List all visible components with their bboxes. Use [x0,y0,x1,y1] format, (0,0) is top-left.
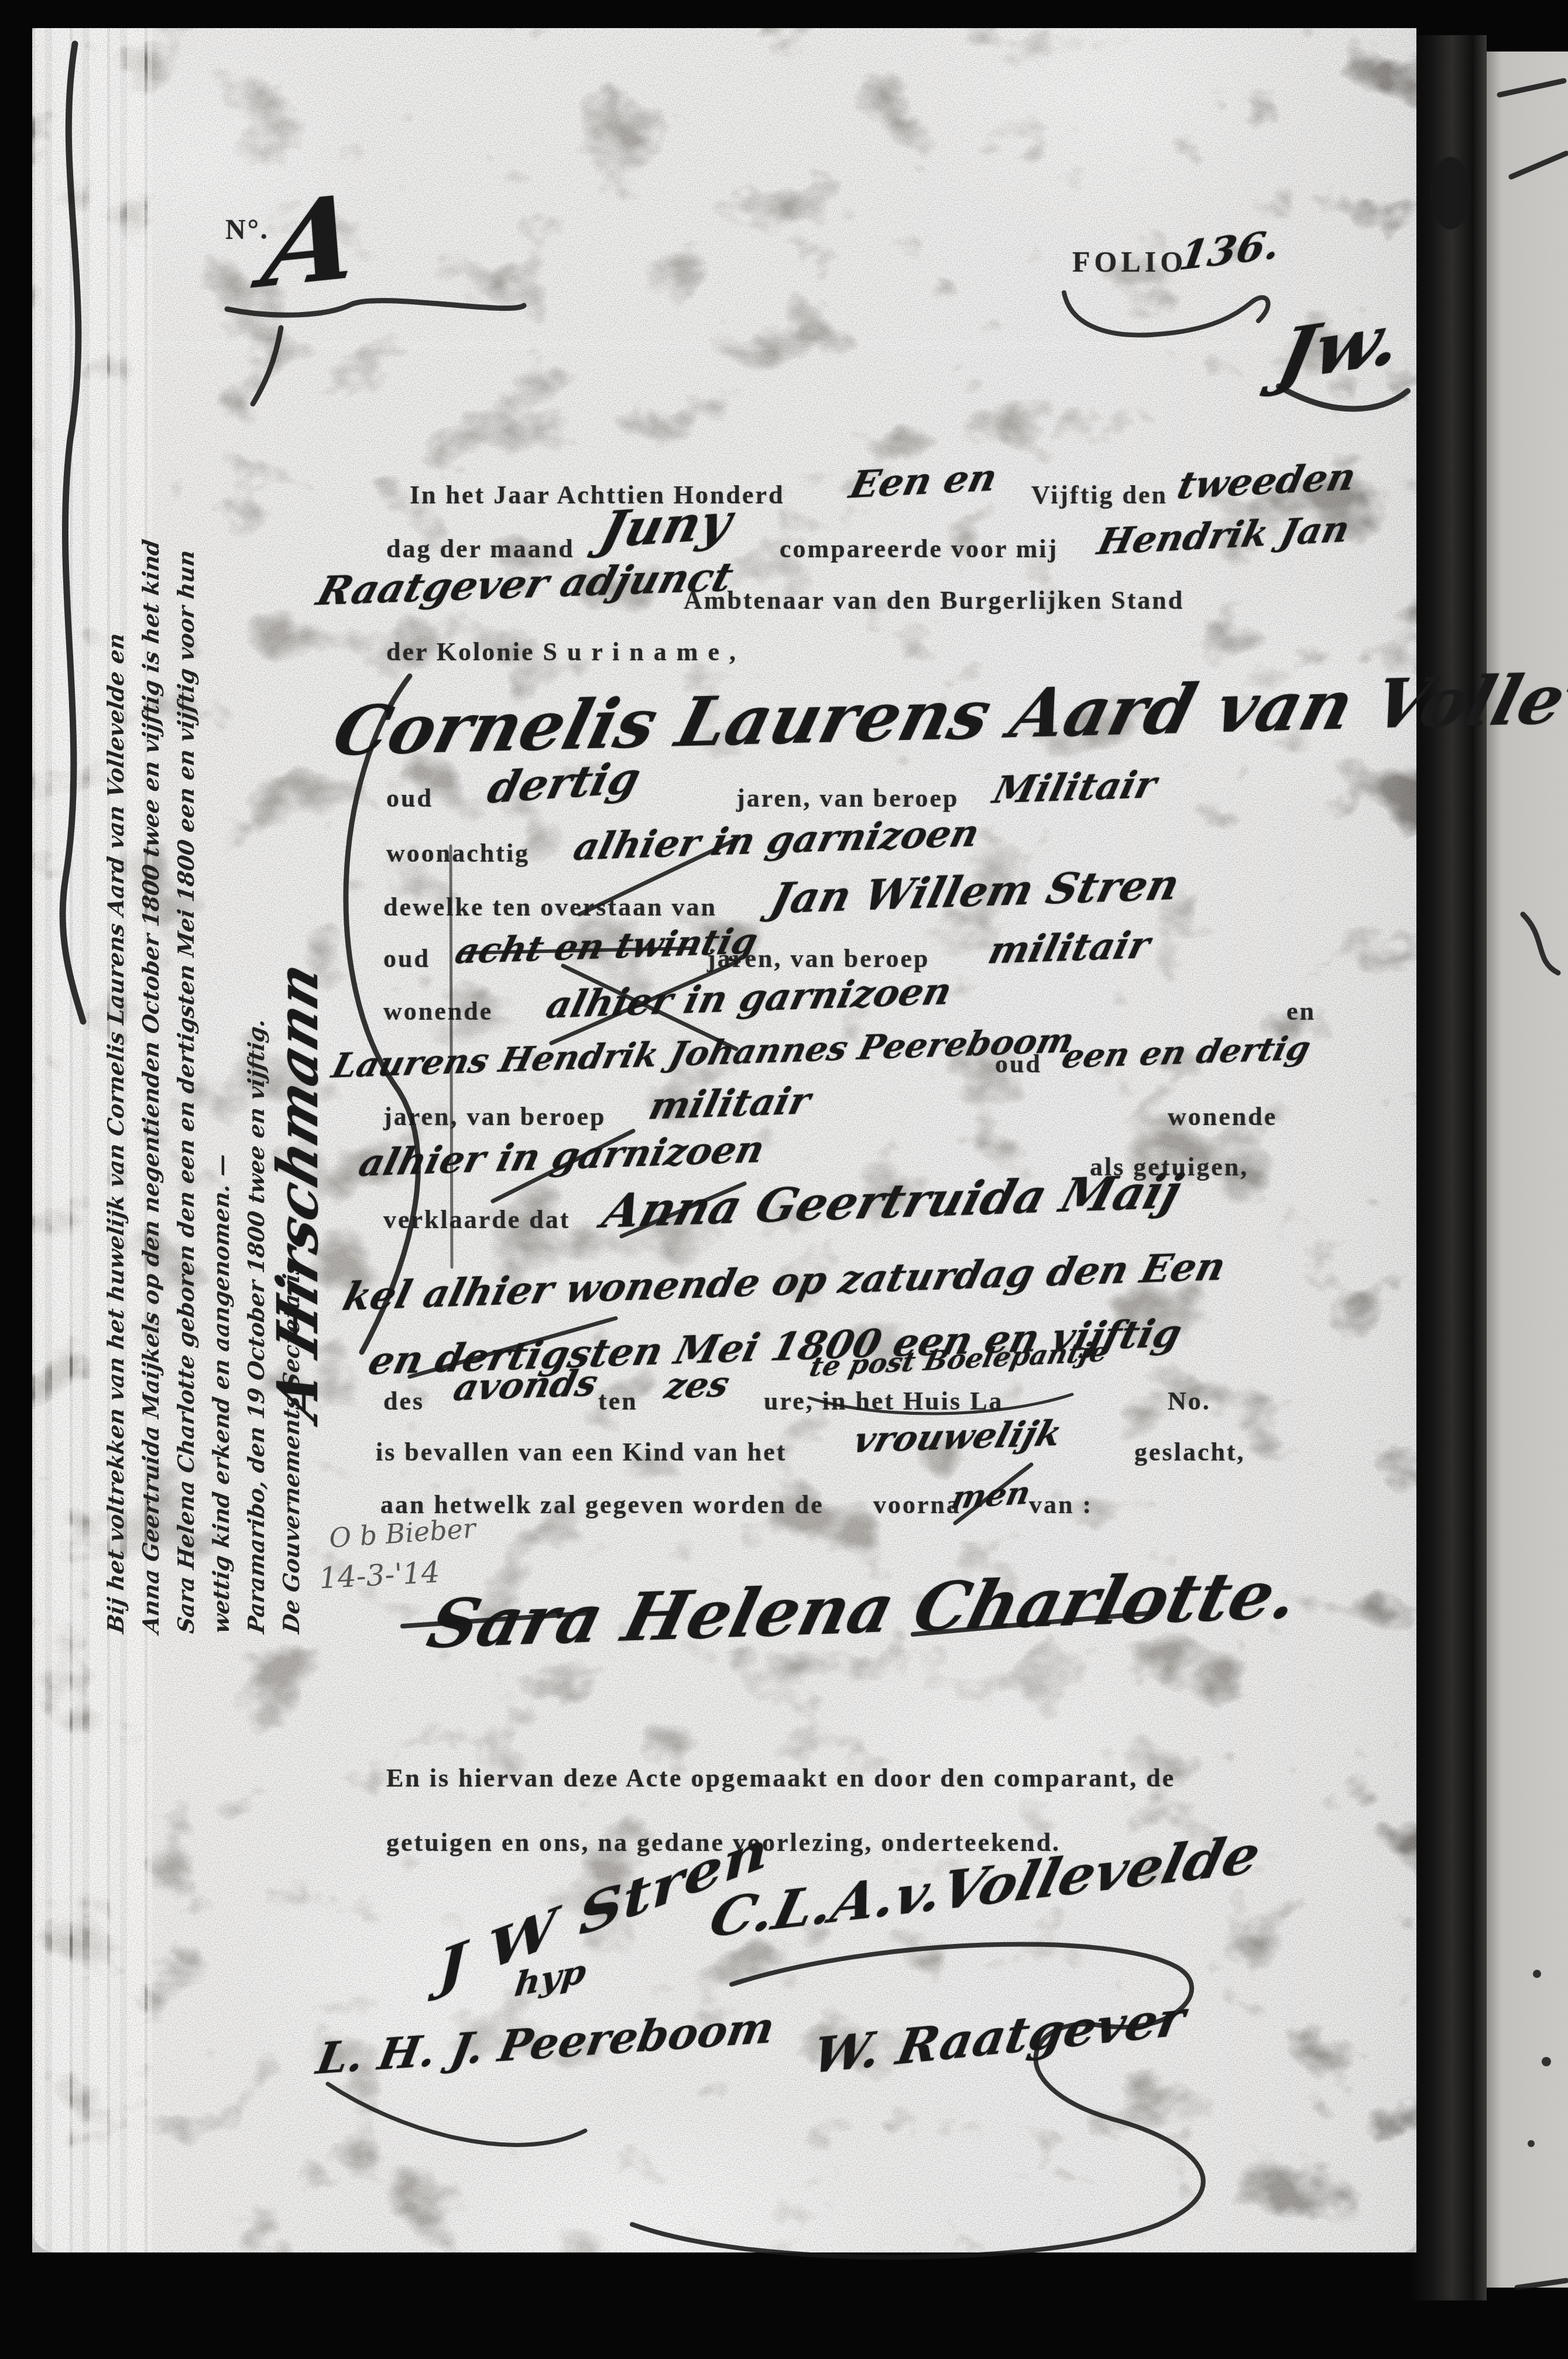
act-line10-printed: wonende [383,996,493,1026]
act-line2-printed2: compareerde voor mij [780,534,1058,564]
adjacent-page [1487,52,1568,2288]
act-line1-printed2: Vijftig den [1031,480,1168,510]
pencil-date-annotation: 14-3-'14 [318,1555,441,1596]
photographed-register-spread: N°. A FOLIO 136. Jw. Bij het voltrekken … [0,0,1568,2359]
act-line18-printed: is bevallen van een Kind van het [376,1437,787,1467]
act-line17-printed: des [383,1386,424,1416]
act-line9-printed: oud [383,944,430,973]
margin-signature: A Hirschmann [265,644,331,1417]
margin-note-line: Bij het voltrekken van het huwelijk van … [98,191,133,1635]
act-line7-printed: woonachtig [386,838,530,868]
act-line1-year-fill: Een en [846,456,1001,508]
act-line3-printed: Ambtenaar van den Burgerlijken Stand [684,585,1184,615]
book-gutter [1409,35,1487,2300]
witness2-profession-fill: militair [644,1079,815,1128]
act-line17-printed2: ten [598,1386,638,1416]
margin-note-line: Sara Helena Charlotte geboren den een en… [169,191,204,1635]
act-line19-printed3: van : [1029,1490,1093,1520]
margin-note-line: Anna Geertruida Maijkels op den negentie… [133,191,169,1635]
act-line6-printed2: jaren, van beroep [736,783,959,813]
gender-fill: vrouwelijk [849,1413,1067,1461]
witness1-profession-fill: militair [984,923,1154,972]
act-line2-month-fill: Juny [594,492,738,560]
act-line12-printed2: wonende [1168,1102,1277,1132]
daypart-fill: avonds [450,1362,603,1409]
act-line11-printed: oud [995,1049,1042,1079]
act-line19-correction: men [948,1474,1034,1517]
act-line12-printed: jaren, van beroep [383,1102,606,1132]
folio-label: FOLIO [1072,245,1187,279]
act-line8-printed: dewelke ten overstaan van [383,892,717,922]
act-line10-printed2: en [1286,996,1316,1026]
act-line4-printed: der Kolonie S u r i n a m e , [386,637,737,667]
hour-fill: zes [661,1364,734,1407]
profession-fill: Militair [989,763,1161,812]
act-line14-printed: verklaarde dat [383,1205,570,1235]
closing-line1: En is hiervan deze Acte opgemaakt en doo… [386,1763,1175,1793]
act-line2-printed: dag der maand [386,534,575,564]
margin-note-line: wettig kind erkend en aangenomen. — [204,191,239,1635]
act-line17-printed4: No. [1168,1386,1211,1416]
margin-signature-text: A Hirschmann [265,954,331,1427]
act-line9-printed2: jaren, van beroep [707,944,930,973]
act-line6-printed: oud [386,783,433,813]
act-line18-printed2: geslacht, [1134,1437,1246,1467]
act-line17-printed3: ure, in het Huis La [764,1386,1003,1416]
